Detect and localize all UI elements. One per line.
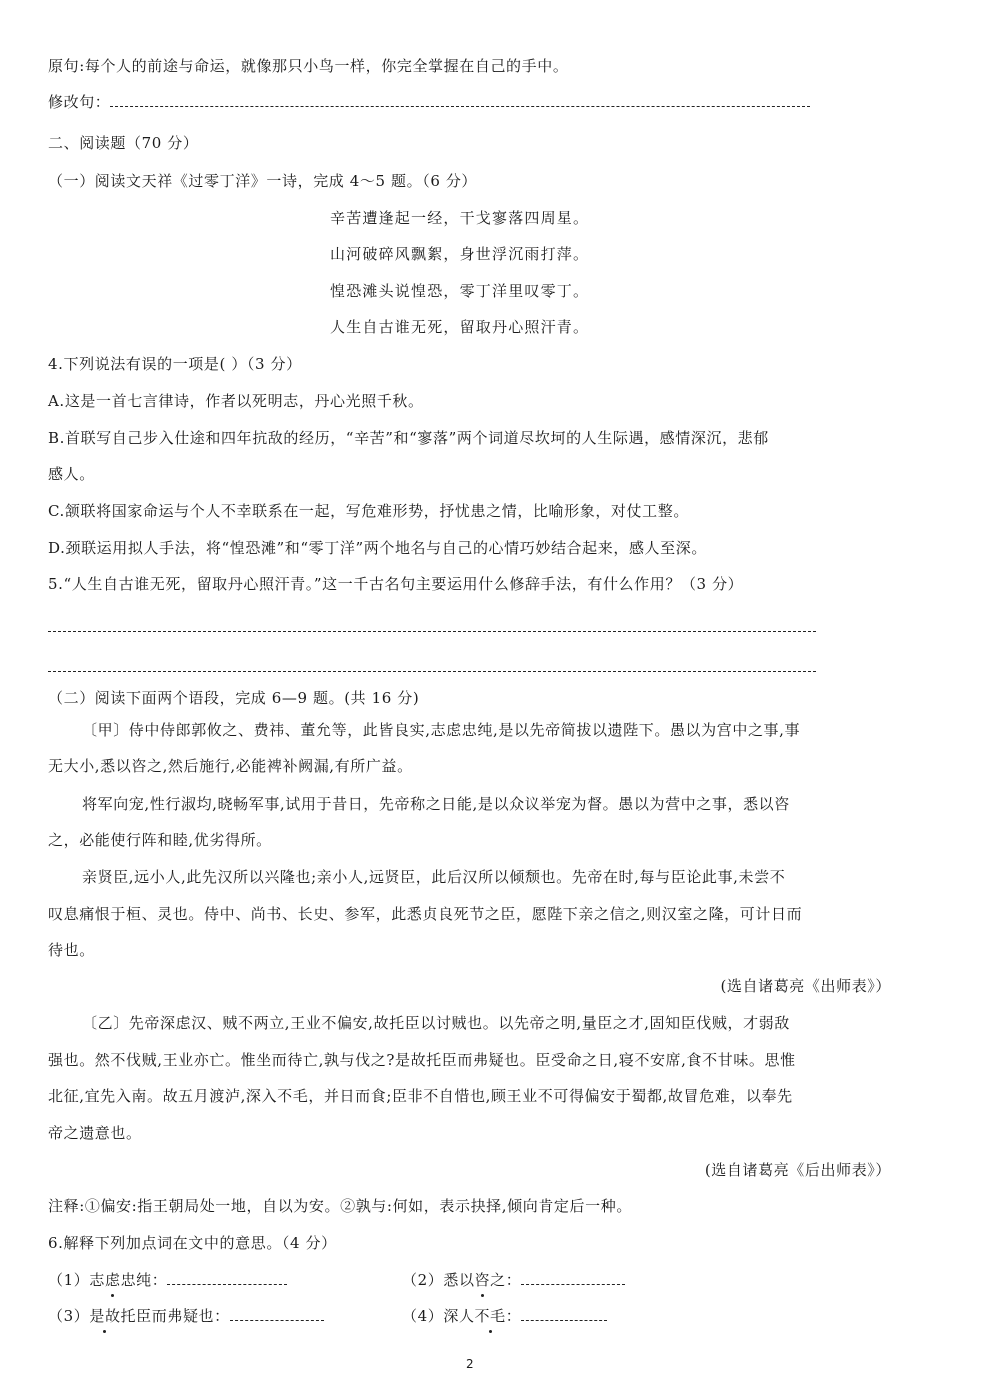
poem-line: 人生自古谁无死，留取丹心照汗青。	[330, 317, 589, 337]
emphasized-word: 虑	[105, 1270, 121, 1290]
passage-yi-line: 北征,宜先入南。故五月渡泸,深入不毛，并日而食;臣非不自惜也,顾王业不可得偏安于…	[48, 1086, 793, 1106]
question-5-answer-line-2[interactable]	[48, 671, 816, 672]
question-6-item-1-answer-blank[interactable]	[167, 1270, 287, 1285]
passage-yi-line: 帝之遗意也。	[48, 1123, 142, 1143]
item-text: 忠纯	[121, 1271, 152, 1289]
passage-jia-line: 之，必能使行阵和睦,优劣得所。	[48, 830, 272, 850]
passage-jia-line: 〔甲〕侍中侍郎郭攸之、费祎、董允等，此皆良实,志虑忠纯,是以先帝简拔以遗陛下。愚…	[82, 720, 800, 740]
item-number: （3）	[48, 1307, 89, 1325]
option-text: 这是一首七言律诗，作者以死明志，丹心光照千秋。	[65, 392, 424, 410]
option-label: B.	[48, 429, 65, 447]
question-6-item-3-answer-blank[interactable]	[230, 1306, 324, 1321]
option-text: 颈联运用拟人手法，将“惶恐滩”和“零丁洋”两个地名与自己的心情巧妙结合起来，感人…	[65, 539, 706, 557]
item-colon: ：	[152, 1271, 168, 1289]
passage-jia-line: 待也。	[48, 940, 95, 960]
item-colon: ：	[214, 1307, 230, 1325]
item-text: 之	[490, 1271, 506, 1289]
question-4-option-d[interactable]: D.颈联运用拟人手法，将“惶恐滩”和“零丁洋”两个地名与自己的心情巧妙结合起来，…	[48, 538, 707, 558]
passage-yi-line: 强也。然不伐贼,王业亦亡。惟坐而待亡,孰与伐之?是故托臣而弗疑也。臣受命之日,寝…	[48, 1050, 796, 1070]
poem-line: 山河破碎风飘絮，身世浮沉雨打萍。	[330, 244, 589, 264]
question-4-option-b[interactable]: B.首联写自己步入仕途和四年抗敌的经历，“辛苦”和“寥落”两个词道尽坎坷的人生际…	[48, 428, 769, 448]
question-6-item-2: （2）悉以咨之：	[402, 1270, 625, 1290]
question-6-item-1: （1）志虑忠纯：	[48, 1270, 287, 1290]
annotation: 注释:①偏安:指王朝局处一地，自以为安。②孰与:何如，表示抉择,倾向肯定后一种。	[48, 1196, 632, 1216]
question-6-item-2-answer-blank[interactable]	[521, 1270, 625, 1285]
emphasized-word: 是故	[89, 1306, 120, 1326]
option-label: C.	[48, 502, 65, 520]
item-text: 托臣而弗疑也	[121, 1307, 215, 1325]
page-number: 2	[466, 1357, 474, 1371]
item-number: （2）	[402, 1271, 443, 1289]
item-text: 深人	[443, 1307, 474, 1325]
option-label: D.	[48, 539, 65, 557]
passage-jia-line: 亲贤臣,远小人,此先汉所以兴隆也;亲小人,远贤臣，此后汉所以倾颓也。先帝在时,每…	[82, 867, 785, 887]
section-title: 二、阅读题（70 分）	[48, 133, 198, 153]
item-colon: ：	[506, 1307, 522, 1325]
original-sentence-text: 每个人的前途与命运，就像那只小鸟一样，你完全掌握在自己的手中。	[85, 57, 569, 75]
option-text: 首联写自己步入仕途和四年抗敌的经历，“辛苦”和“寥落”两个词道尽坎坷的人生际遇，…	[65, 429, 769, 447]
revised-sentence-label: 修改句：	[48, 93, 110, 111]
passage-jia-line: 无大小,悉以咨之,然后施行,必能裨补阙漏,有所广益。	[48, 756, 413, 776]
emphasized-word: 不毛	[475, 1306, 506, 1326]
question-4-option-b-continuation: 感人。	[48, 464, 95, 484]
item-text: 悉以	[443, 1271, 474, 1289]
original-sentence-label: 原句:	[48, 57, 85, 75]
question-6-item-4: （4）深人不毛：	[402, 1306, 607, 1326]
passage-yi-line: 〔乙〕先帝深虑汉、贼不两立,王业不偏安,故托臣以讨贼也。以先帝之明,量臣之才,固…	[82, 1013, 790, 1033]
option-text: 颔联将国家命运与个人不幸联系在一起，写危难形势，抒忧患之情，比喻形象，对仗工整。	[65, 502, 689, 520]
part-one-heading: （一）阅读文天祥《过零丁洋》一诗，完成 4～5 题。（6 分）	[48, 171, 477, 191]
original-sentence: 原句:每个人的前途与命运，就像那只小鸟一样，你完全掌握在自己的手中。	[48, 56, 568, 76]
item-number: （4）	[402, 1307, 443, 1325]
part-two-heading: （二）阅读下面两个语段，完成 6—9 题。(共 16 分)	[48, 688, 419, 708]
passage-jia-line: 将军向宠,性行淑均,晓畅军事,试用于昔日，先帝称之日能,是以众议举宠为督。愚以为…	[82, 794, 790, 814]
item-colon: ：	[506, 1271, 522, 1289]
poem-line: 辛苦遭逢起一经，干戈寥落四周星。	[330, 208, 589, 228]
revised-sentence: 修改句：	[48, 92, 810, 112]
question-6-stem: 6.解释下列加点词在文中的意思。（4 分）	[48, 1233, 337, 1253]
exam-page: 原句:每个人的前途与命运，就像那只小鸟一样，你完全掌握在自己的手中。 修改句： …	[0, 0, 987, 1399]
passage-jia-line: 叹息痛恨于桓、灵也。侍中、尚书、长史、参军，此悉贞良死节之臣，愿陛下亲之信之,则…	[48, 904, 802, 924]
question-4-option-c[interactable]: C.颔联将国家命运与个人不幸联系在一起，写危难形势，抒忧患之情，比喻形象，对仗工…	[48, 501, 689, 521]
item-number: （1）	[48, 1271, 89, 1289]
question-4-stem: 4.下列说法有误的一项是( ）（3 分）	[48, 354, 302, 374]
question-6-item-4-answer-blank[interactable]	[521, 1306, 607, 1321]
item-text: 志	[89, 1271, 105, 1289]
passage-jia-source: (选自诸葛亮《出师表》）	[720, 976, 891, 996]
question-6-item-3: （3）是故托臣而弗疑也：	[48, 1306, 324, 1326]
question-5-stem: 5.“人生自古谁无死，留取丹心照汗青。”这一千古名句主要运用什么修辞手法，有什么…	[48, 574, 743, 594]
option-label: A.	[48, 392, 65, 410]
poem-line: 惶恐滩头说惶恐，零丁洋里叹零丁。	[330, 281, 589, 301]
question-4-option-a[interactable]: A.这是一首七言律诗，作者以死明志，丹心光照千秋。	[48, 391, 424, 411]
revised-sentence-answer-blank[interactable]	[110, 92, 810, 107]
passage-yi-source: (选自诸葛亮《后出师表》）	[705, 1160, 891, 1180]
question-5-answer-line-1[interactable]	[48, 631, 816, 632]
emphasized-word: 咨	[475, 1270, 491, 1290]
